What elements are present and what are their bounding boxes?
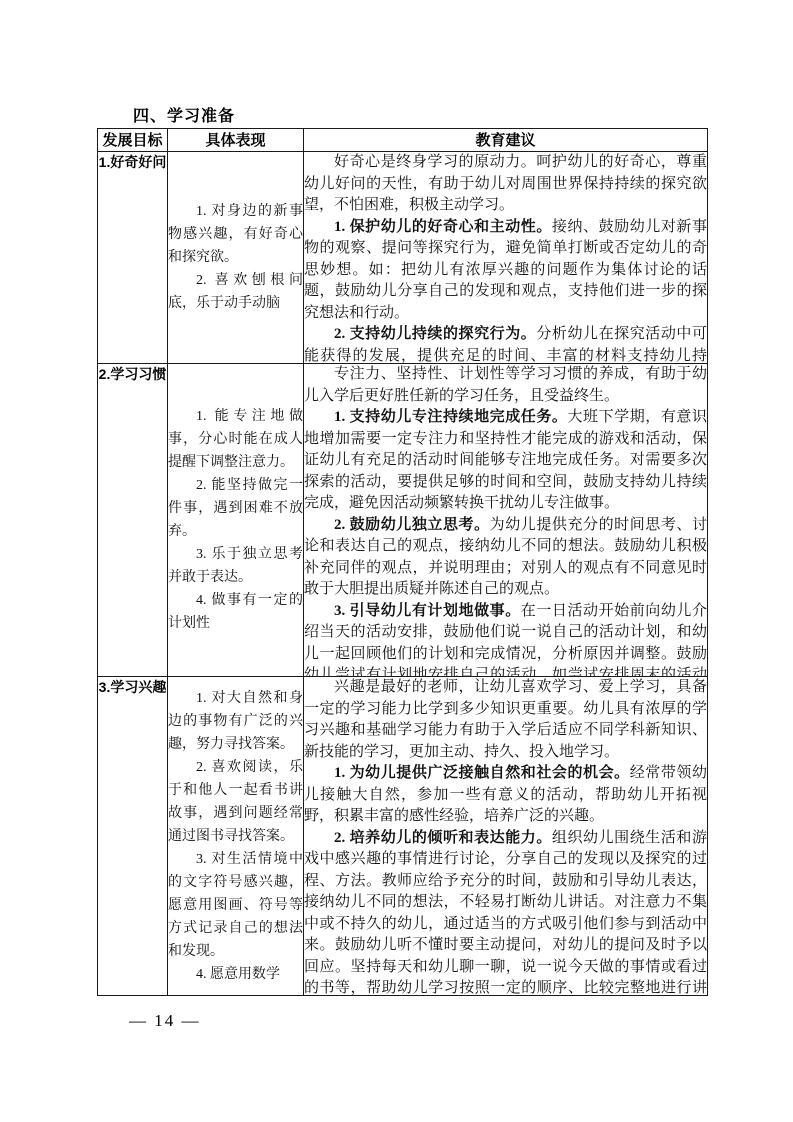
behaviors-cell: 1. 能专注地做事，分心时能在成人提醒下调整注意力。 2. 能坚持做完一件事，遇… (168, 364, 304, 677)
suggestion-item-title: 1. 支持幼儿专注持续地完成任务。 (334, 409, 567, 425)
behavior-item: 3. 乐于独立思考并敢于表达。 (168, 543, 303, 589)
suggestion-item: 2. 支持幼儿持续的探究行为。分析幼儿在探究活动中可能获得的发展，提供充足的时间… (304, 324, 707, 363)
suggestion-item-title: 2. 培养幼儿的倾听和表达能力。 (334, 830, 552, 846)
behavior-item: 4. 愿意用数学 (168, 963, 303, 986)
suggestion-intro: 好奇心是终身学习的原动力。呵护幼儿的好奇心，尊重幼儿好问的天性，有助于幼儿对周围… (304, 152, 707, 217)
suggestion-intro: 专注力、坚持性、计划性等学习习惯的养成，有助于幼儿入学后更好胜任新的学习任务，且… (304, 364, 707, 407)
behavior-item: 2. 喜欢刨根问底，乐于动手动脑 (168, 269, 303, 315)
section-title: 四、学习准备 (133, 103, 235, 126)
suggestions-cell: 兴趣是最好的老师，让幼儿喜欢学习、爱上学习，具备一定的学习能力比学到多少知识更重… (304, 677, 708, 996)
suggestion-item: 1. 为幼儿提供广泛接触自然和社会的机会。经常带领幼儿接触大自然，参加一些有意义… (304, 763, 707, 828)
behavior-item: 1. 对身边的新事物感兴趣，有好奇心和探究欲。 (168, 200, 303, 269)
table-row: 2.学习习惯 1. 能专注地做事，分心时能在成人提醒下调整注意力。 2. 能坚持… (98, 364, 708, 677)
behavior-item: 1. 能专注地做事，分心时能在成人提醒下调整注意力。 (168, 405, 303, 474)
suggestions-cell: 专注力、坚持性、计划性等学习习惯的养成，有助于幼儿入学后更好胜任新的学习任务，且… (304, 364, 708, 677)
behavior-item: 3. 对生活情境中的文字符号感兴趣，愿意用图画、符号等方式记录自己的想法和发现。 (168, 848, 303, 963)
suggestion-item-title: 3. 引导幼儿有计划地做事。 (334, 603, 521, 619)
suggestion-item-text: 组织幼儿围绕生活和游戏中感兴趣的事情进行讨论，分享自己的发现以及探究的过程、方法… (304, 830, 707, 996)
header-educational-suggestions: 教育建议 (304, 129, 708, 152)
suggestion-item-title: 1. 保护幼儿的好奇心和主动性。 (334, 219, 552, 235)
behavior-item: 4. 做事有一定的计划性 (168, 589, 303, 635)
suggestion-item-title: 2. 鼓励幼儿独立思考。 (334, 517, 490, 533)
goal-cell: 2.学习习惯 (98, 364, 168, 677)
suggestion-item-title: 2. 支持幼儿持续的探究行为。 (334, 326, 536, 342)
suggestion-item: 2. 培养幼儿的倾听和表达能力。组织幼儿围绕生活和游戏中感兴趣的事情进行讨论，分… (304, 828, 707, 996)
behavior-item: 1. 对大自然和身边的事物有广泛的兴趣，努力寻找答案。 (168, 687, 303, 756)
document-page: 四、学习准备 发展目标 具体表现 教育建议 1.好奇好问 1. 对身边的新事物感… (0, 0, 793, 1122)
goal-cell: 3.学习兴趣 (98, 677, 168, 996)
table-row: 3.学习兴趣 1. 对大自然和身边的事物有广泛的兴趣，努力寻找答案。 2. 喜欢… (98, 677, 708, 996)
goal-cell: 1.好奇好问 (98, 152, 168, 364)
table-header-row: 发展目标 具体表现 教育建议 (98, 129, 708, 152)
suggestion-item: 3. 引导幼儿有计划地做事。在一日活动开始前向幼儿介绍当天的活动安排，鼓励他们说… (304, 601, 707, 677)
suggestion-intro: 兴趣是最好的老师，让幼儿喜欢学习、爱上学习，具备一定的学习能力比学到多少知识更重… (304, 677, 707, 763)
learning-preparation-table: 发展目标 具体表现 教育建议 1.好奇好问 1. 对身边的新事物感兴趣，有好奇心… (97, 128, 708, 996)
suggestion-item: 1. 保护幼儿的好奇心和主动性。接纳、鼓励幼儿对新事物的观察、提问等探究行为，避… (304, 217, 707, 325)
suggestion-item: 1. 支持幼儿专注持续地完成任务。大班下学期，有意识地增加需要一定专注力和坚持性… (304, 407, 707, 515)
page-number: — 14 — (129, 1011, 201, 1031)
suggestions-cell: 好奇心是终身学习的原动力。呵护幼儿的好奇心，尊重幼儿好问的天性，有助于幼儿对周围… (304, 152, 708, 364)
behavior-item: 2. 喜欢阅读，乐于和他人一起看书讲故事，遇到问题经常通过图书寻找答案。 (168, 756, 303, 848)
behaviors-cell: 1. 对身边的新事物感兴趣，有好奇心和探究欲。 2. 喜欢刨根问底，乐于动手动脑 (168, 152, 304, 364)
suggestion-item-title: 1. 为幼儿提供广泛接触自然和社会的机会。 (334, 765, 630, 781)
suggestion-item: 2. 鼓励幼儿独立思考。为幼儿提供充分的时间思考、讨论和表达自己的观点，接纳幼儿… (304, 515, 707, 601)
header-development-goals: 发展目标 (98, 129, 168, 152)
behaviors-cell: 1. 对大自然和身边的事物有广泛的兴趣，努力寻找答案。 2. 喜欢阅读，乐于和他… (168, 677, 304, 996)
header-specific-manifestations: 具体表现 (168, 129, 304, 152)
behavior-item: 2. 能坚持做完一件事，遇到困难不放弃。 (168, 474, 303, 543)
table-row: 1.好奇好问 1. 对身边的新事物感兴趣，有好奇心和探究欲。 2. 喜欢刨根问底… (98, 152, 708, 364)
